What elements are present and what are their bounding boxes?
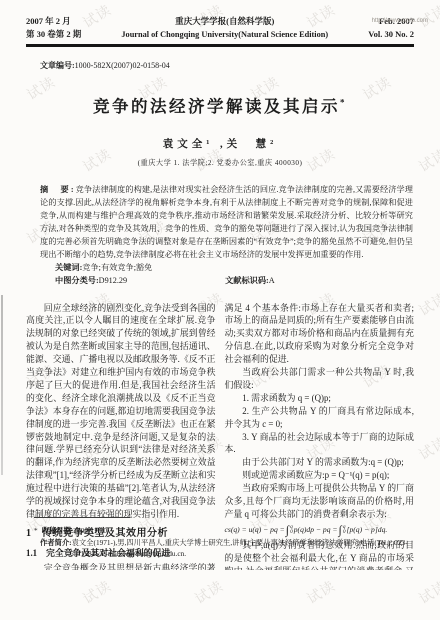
demand-function-line: 由于公共部门对 Y 的需求函数为:q = (Q)p; xyxy=(225,456,415,469)
abstract: 摘 要:竞争法律制度的构建,是法律对现实社会经济生活的回应.竞争法律制度的完善,… xyxy=(40,183,413,261)
paper-title: 竞争的法经济学解读及其启示* xyxy=(0,93,440,117)
document-code: 文献标识码:A xyxy=(225,274,275,287)
document-code-value: A xyxy=(269,276,275,285)
header-rule xyxy=(26,44,414,47)
classification-line: 中图分类号:D912.29 文献标识码:A xyxy=(55,274,413,287)
keywords-label: 关键词: xyxy=(55,263,82,272)
header-volume-en: Vol. 30 No. 2 xyxy=(368,28,414,41)
journal-title-en: Journal of Chongqing University(Natural … xyxy=(121,28,328,41)
header-volume-cn: 第 30 卷第 2 期 xyxy=(26,28,81,41)
journal-title-cn: 重庆大学学报(自然科学版) xyxy=(121,15,328,28)
article-number-label: 文章编号: xyxy=(40,61,75,70)
clc-label: 中图分类号: xyxy=(55,276,99,285)
header-date-cn: 2007 年 2 月 xyxy=(26,15,81,28)
author-bio-text: 袁文全(1971-),男,四川平昌人,重庆大学博士研究生,讲师,主要从事法经济学… xyxy=(70,538,408,559)
inverse-demand-line: 则或逆需求函数应为:p = Q⁻¹(q) = p(q); xyxy=(225,469,415,482)
received-date-line: *收稿日期:2006-11-30 xyxy=(34,525,414,537)
clc-number: 中图分类号:D912.29 xyxy=(55,274,127,287)
watermark-text: 试读 xyxy=(0,576,3,609)
affiliation: (重庆大学 1. 法学院;2. 党委办公室,重庆 400030) xyxy=(0,158,440,168)
keywords: 关键词:竞争;有效竞争;豁免 xyxy=(55,261,413,274)
paper-title-text: 竞争的法经济学解读及其启示 xyxy=(93,97,340,116)
header-journal-name: 重庆大学学报(自然科学版) Journal of Chongqing Unive… xyxy=(121,15,328,41)
journal-page: 试读试读试读试读试读试读试读试读试读试读试读试读试读试读试读试读试读试读试读试读… xyxy=(0,0,440,620)
footnote: *收稿日期:2006-11-30 作者简介:袁文全(1971-),男,四川平昌人… xyxy=(26,517,414,560)
received-date-label: 收稿日期: xyxy=(42,526,74,535)
watermark-text: 试读 xyxy=(415,576,440,609)
abstract-label: 摘 要: xyxy=(40,185,76,194)
watermark-text: 试读 xyxy=(79,576,115,609)
document-code-label: 文献标识码: xyxy=(225,276,269,285)
header-issue-cn: 2007 年 2 月 第 30 卷第 2 期 xyxy=(26,15,81,41)
conditions-paragraph: 满足 4 个基本条件:市场上存在大量买者和卖者;市场上的商品是同质的;所有生产要… xyxy=(225,302,415,367)
assumption-1: 1. 需求函数为 q = (Q)p; xyxy=(225,392,415,405)
clc-value: D912.29 xyxy=(99,276,127,285)
author-bio-line: 作者简介:袁文全(1971-),男,四川平昌人,重庆大学博士研究生,讲师,主要从… xyxy=(40,537,414,560)
keywords-value: 竞争;有效竞争;豁免 xyxy=(82,263,152,272)
article-number-value: 1000-582X(2007)02-0158-04 xyxy=(75,61,170,70)
assumption-2: 2. 生产公共物品 Y 的厂商具有常边际成本,并令其为 c = 0; xyxy=(225,405,415,431)
surplus-intro-paragraph: 当政府采购市场上可提供公共物品 Y 的厂商众多,且每个厂商均无法影响该商品的价格… xyxy=(225,482,415,521)
authors: 袁文全¹ ,关 慧² xyxy=(0,136,440,151)
watermark-text: 试读 xyxy=(191,576,227,609)
section-1-1-paragraph: 完全竞争概念及其思想是新古典经济学的著名贡献.完全竞争市场是为消费者利益所主导的… xyxy=(26,562,216,570)
footnote-rule xyxy=(34,517,130,518)
assumption-intro: 当政府公共部门需求一种公共物品 Y 时,我们假设: xyxy=(225,366,415,392)
site-url: http://www.cqvip.com xyxy=(372,18,428,24)
title-footnote-mark: * xyxy=(340,97,347,107)
assumption-3: 3. Y 商品的社会边际成本等于厂商的边际成本. xyxy=(225,431,415,457)
article-number: 文章编号:1000-582X(2007)02-0158-04 xyxy=(40,60,440,71)
author-bio-label: 作者简介: xyxy=(40,538,72,547)
footnote-mark: * xyxy=(34,526,38,535)
watermark-text: 试读 xyxy=(303,576,339,609)
abstract-text: 竞争法律制度的构建,是法律对现实社会经济生活的回应.竞争法律制度的完善,又需要经… xyxy=(40,185,413,259)
received-date-value: 2006-11-30 xyxy=(73,526,107,535)
journal-header: 2007 年 2 月 第 30 卷第 2 期 重庆大学学报(自然科学版) Jou… xyxy=(26,15,414,41)
intro-paragraph: 回应全球经济的剧烈变化,竞争法受到各国的高度关注,正以令人瞩目的速度在全球扩展.… xyxy=(26,302,216,521)
